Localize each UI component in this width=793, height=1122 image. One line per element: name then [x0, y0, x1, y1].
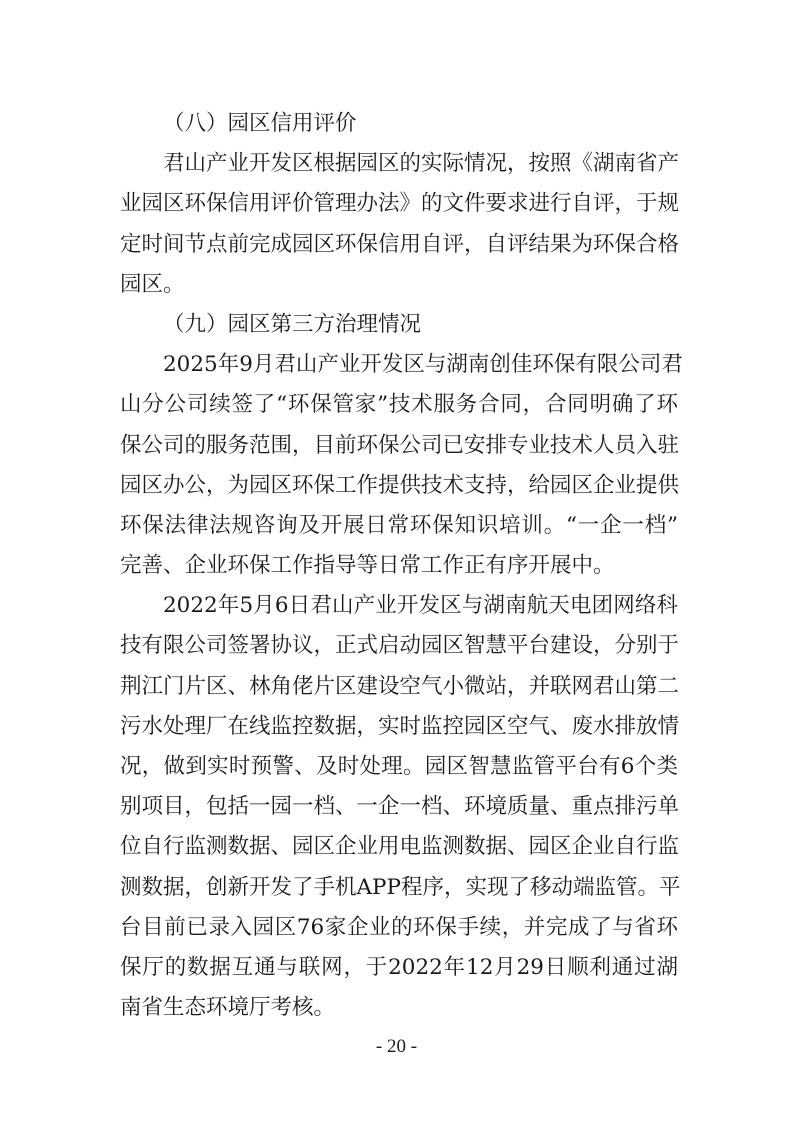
paragraph-line: 业园区环保信用评价管理办法》的文件要求进行自评，于规	[120, 184, 678, 224]
paragraph-line: 定时间节点前完成园区环保信用自评，自评结果为环保合格	[120, 225, 678, 265]
paragraph-line: 污水处理厂在线监控数据，实时监控园区空气、废水排放情	[120, 707, 678, 747]
paragraph-line: 园区。	[120, 265, 678, 305]
paragraph-line: 测数据，创新开发了手机APP程序，实现了移动端监管。平	[120, 868, 678, 908]
paragraph-line: 南省生态环境厅考核。	[120, 988, 678, 1028]
document-page: （八）园区信用评价 君山产业开发区根据园区的实际情况，按照《湖南省产 业园区环保…	[120, 104, 678, 1028]
section-heading-third-party-governance: （九）园区第三方治理情况	[120, 305, 678, 345]
paragraph-line: 2025年9月君山产业开发区与湖南创佳环保有限公司君	[120, 345, 678, 385]
paragraph-line: 2022年5月6日君山产业开发区与湖南航天电团网络科	[120, 586, 678, 626]
paragraph-line: 台目前已录入园区76家企业的环保手续，并完成了与省环	[120, 908, 678, 948]
paragraph-line: 别项目，包括一园一档、一企一档、环境质量、重点排污单	[120, 787, 678, 827]
paragraph-line: 环保法律法规咨询及开展日常环保知识培训。“一企一档”	[120, 506, 678, 546]
paragraph-line: 保公司的服务范围，目前环保公司已安排专业技术人员入驻	[120, 426, 678, 466]
paragraph-line: 位自行监测数据、园区企业用电监测数据、园区企业自行监	[120, 827, 678, 867]
page-number: - 20 -	[0, 1036, 793, 1058]
paragraph-line: 山分公司续签了“环保管家”技术服务合同，合同明确了环	[120, 385, 678, 425]
paragraph-line: 况，做到实时预警、及时处理。园区智慧监管平台有6个类	[120, 747, 678, 787]
paragraph-line: 园区办公，为园区环保工作提供技术支持，给园区企业提供	[120, 466, 678, 506]
paragraph-line: 技有限公司签署协议，正式启动园区智慧平台建设，分别于	[120, 626, 678, 666]
paragraph-line: 完善、企业环保工作指导等日常工作正有序开展中。	[120, 546, 678, 586]
paragraph-line: 君山产业开发区根据园区的实际情况，按照《湖南省产	[120, 144, 678, 184]
paragraph-line: 荆江门片区、林角佬片区建设空气小微站，并联网君山第二	[120, 667, 678, 707]
paragraph-line: 保厅的数据互通与联网，于2022年12月29日顺利通过湖	[120, 948, 678, 988]
section-heading-credit-evaluation: （八）园区信用评价	[120, 104, 678, 144]
